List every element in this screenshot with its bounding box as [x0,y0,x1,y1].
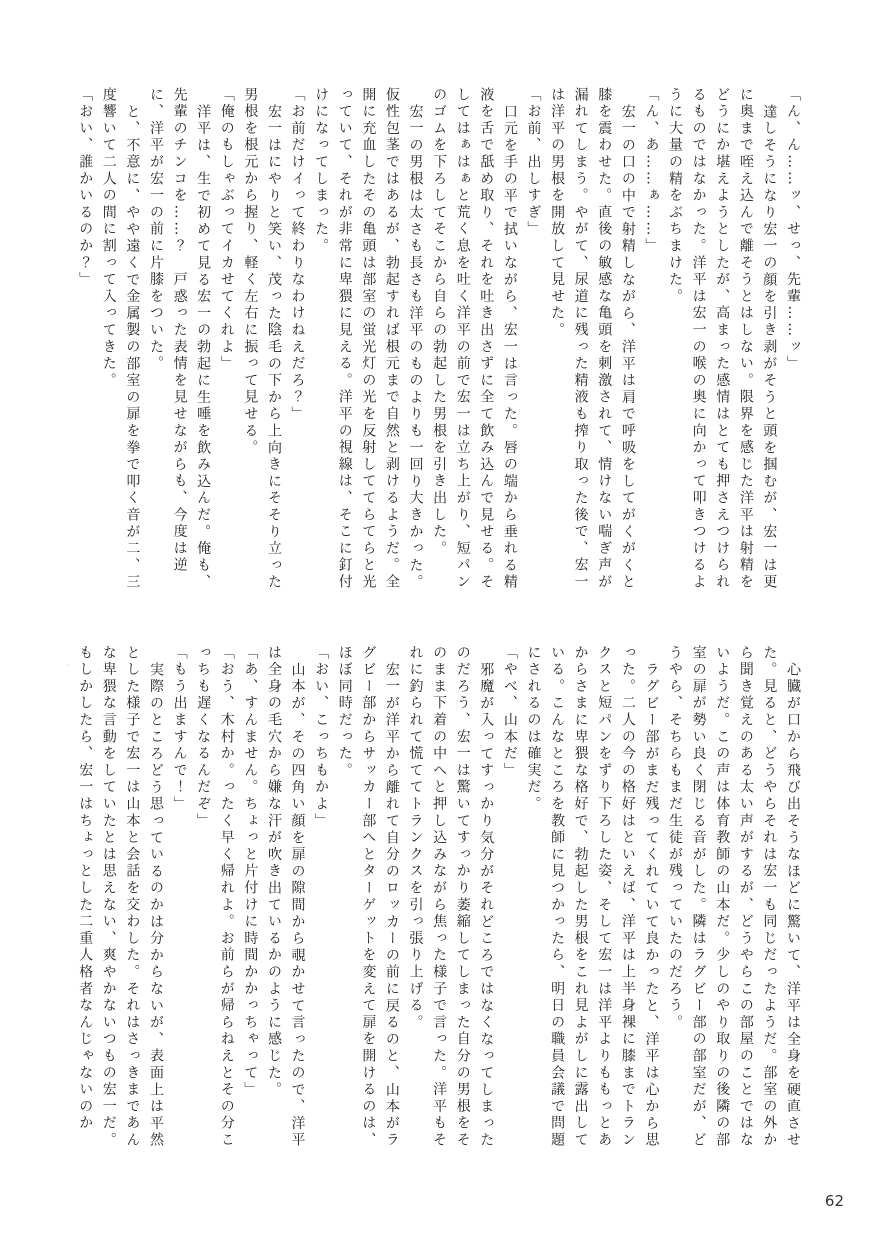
narrative-paragraph: 口元を手の平で拭いながら、宏一は言った。唇の端から垂れる精液を舌で舐め取り、それ… [427,87,521,597]
text-block-top: 「ん、ん……ッ、せっ、先輩……ッ」達しそうになり宏一の顔を引き剥がそうと頭を掴む… [68,87,804,597]
dialogue-line: 「おい、誰かいるのか？」 [73,87,97,597]
narrative-paragraph: ラグビー部がまだ残ってくれていて良かったと、洋平は心から思った。二人の今の格好は… [521,645,663,1155]
narrative-paragraph: 宏一の口の中で射精しながら、洋平は肩で呼吸をしてがくがくと膝を震わせた。直後の敏… [544,87,638,597]
narrative-paragraph: 宏一が洋平から離れて自分のロッカーの前に戻るのと、山本がラグビー部からサッカー部… [332,645,403,1155]
narrative-paragraph: 山本が、その四角い顔を扉の隙間から覗かせて言ったので、洋平は全身の毛穴から嫌な汗… [261,645,308,1155]
dialogue-line: 「お前だけイって終わりなわけねえだろ？」 [285,87,309,597]
narrative-paragraph: 洋平は、生で初めて見る宏一の勃起に生唾を飲み込んだ。俺も、先輩のチンコを……？ … [143,87,214,597]
dialogue-line: 「もう出ますんで！」 [167,645,191,1155]
narrative-paragraph: 宏一はにやりと笑い、茂った陰毛の下から上向きにそそり立った男根を根元から握り、軽… [238,87,285,597]
dialogue-line: 「俺のもしゃぶってイカせてくれよ」 [214,87,238,597]
narrative-paragraph: 邪魔が入ってすっかり気分がそれどころではなくなってしまったのだろう、宏一は驚いて… [403,645,497,1155]
narrative-paragraph: 宏一の男根は太さも長さも洋平のものよりも一回り大きかった。仮性包茎ではあるが、勃… [309,87,427,597]
dialogue-line: 「お前、出しすぎ」 [521,87,545,597]
text-block-bottom: 心臓が口から飛び出そうなほどに驚いて、洋平は全身を硬直させた。見ると、どうやらそ… [68,645,804,1155]
narrative-paragraph: 達しそうになり宏一の顔を引き剥がそうと頭を掴むが、宏一は更に奥まで咥え込んで離そ… [662,87,780,597]
dialogue-line: 「おう、木村か。ったく早く帰れよ。お前らが帰らねえとその分こっちも遅くなるんだぞ… [191,645,238,1155]
page: 「ん、ん……ッ、せっ、先輩……ッ」達しそうになり宏一の顔を引き剥がそうと頭を掴む… [0,0,874,1240]
narrative-paragraph: 心臓が口から飛び出そうなほどに驚いて、洋平は全身を硬直させた。見ると、どうやらそ… [662,645,804,1155]
narrative-paragraph: と、不意に、やや遠くで金属製の部室の扉を拳で叩く音が二、三度響いて二人の間に割っ… [96,87,143,597]
dialogue-line: 「やべ、山本だ」 [497,645,521,1155]
dialogue-line: 「おい、こっちもかよ」 [309,645,333,1155]
narrative-paragraph: 実際のところどう思っているのかは分からないが、表面上は平然とした様子で宏一は山本… [68,645,167,1155]
dialogue-line: 「あ、すんません。ちょっと片付けに時間かかっちゃって」 [238,645,262,1155]
page-number: 62 [825,1192,844,1210]
dialogue-line: 「ん、あ……ぁ……」 [639,87,663,597]
dialogue-line: 「ん、ん……ッ、せっ、先輩……ッ」 [780,87,804,597]
